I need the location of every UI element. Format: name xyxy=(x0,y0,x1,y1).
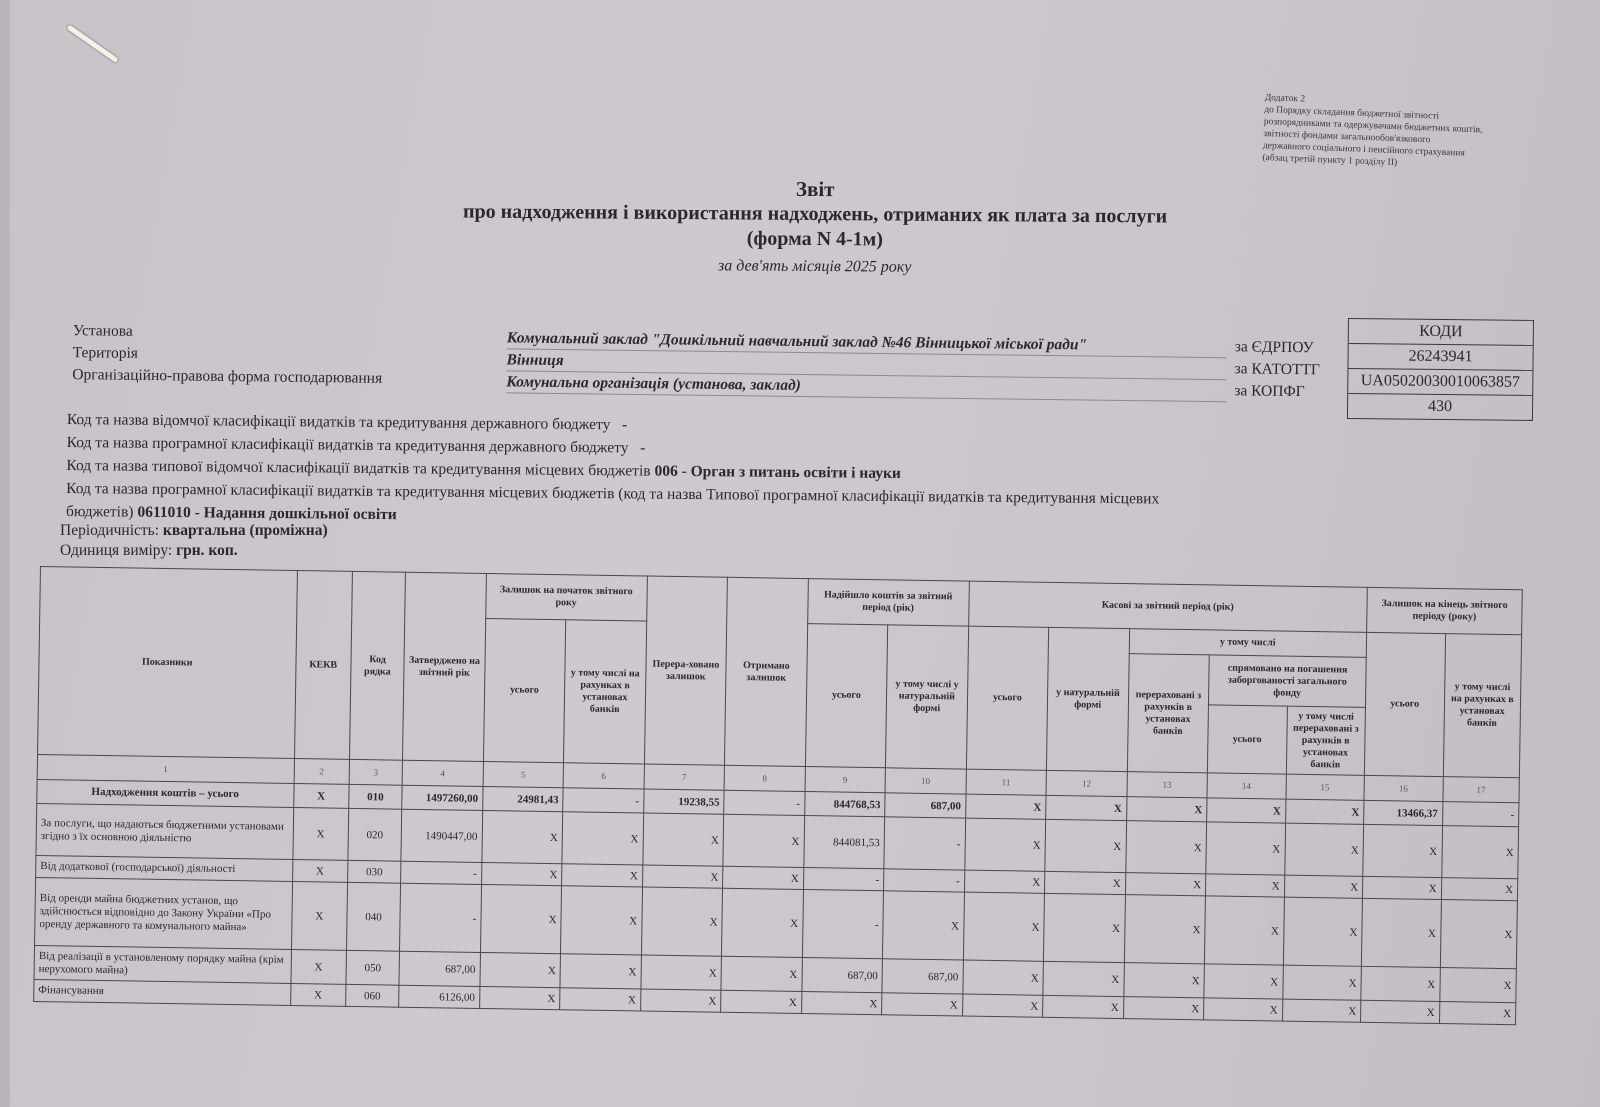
edrpou-code: 26243941 xyxy=(1348,344,1532,371)
table-cell: X xyxy=(1361,898,1441,967)
header-incl-in-kind: у тому числі у натуральній формі xyxy=(886,625,969,769)
table-cell: 687,00 xyxy=(399,951,480,986)
column-number: 11 xyxy=(966,769,1047,795)
table-cell: 687,00 xyxy=(882,959,963,994)
edrpou-label: за ЄДРПОУ xyxy=(1235,338,1314,357)
table-cell: 6126,00 xyxy=(399,985,480,1008)
column-number: 12 xyxy=(1046,770,1127,796)
table-cell: - xyxy=(563,788,644,813)
table-cell: X xyxy=(480,884,562,953)
table-cell: X xyxy=(882,993,963,1016)
header-debt-repayment: спрямовано на погашення заборгованості з… xyxy=(1209,655,1367,707)
table-cell: X xyxy=(562,864,643,887)
column-number: 9 xyxy=(805,767,886,793)
report-title: Звіт про надходження і використання надх… xyxy=(400,173,1231,279)
header-including: у тому числі xyxy=(1129,629,1367,658)
table-cell: X xyxy=(1204,896,1284,965)
institution-info: Установа Комунальний заклад "Дошкільний … xyxy=(64,322,1565,406)
table-cell: X xyxy=(883,891,965,960)
table-cell: X xyxy=(1125,821,1206,874)
table-cell: X xyxy=(1282,999,1361,1022)
table-cell: 844081,53 xyxy=(803,816,884,869)
institution-label: Установа xyxy=(73,322,133,341)
periodicity-block: Періодичність: квартальна (проміжна) Оди… xyxy=(60,521,328,561)
unit-label: Одиниця виміру: xyxy=(60,542,172,559)
table-cell: X xyxy=(1283,897,1363,966)
row-label: За послуги, що надаються бюджетними уста… xyxy=(36,803,293,859)
table-cell: X xyxy=(722,888,804,957)
table-cell: X xyxy=(801,992,882,1015)
header-total: усього xyxy=(1207,705,1287,774)
table-cell: 040 xyxy=(346,882,400,951)
table-cell: X xyxy=(962,994,1043,1017)
row-label: Від реалізації в установленому порядку м… xyxy=(34,945,291,983)
table-cell: 030 xyxy=(347,860,401,883)
row-label: Фінансування xyxy=(34,979,291,1005)
unit-value: грн. коп. xyxy=(176,542,238,559)
table-cell: X xyxy=(1206,822,1285,875)
column-number: 4 xyxy=(402,760,483,786)
table-cell: X xyxy=(1045,871,1126,894)
table-cell: - xyxy=(1442,802,1519,827)
header-balance-end: Залишок на кінець звітного періоду (року… xyxy=(1367,587,1523,634)
table-cell: X xyxy=(1285,799,1364,824)
table-cell: X xyxy=(1046,795,1127,820)
header-incl-bank: у тому числі на рахунках в установах бан… xyxy=(564,620,647,764)
header-approved: Затверджено на звітний рік xyxy=(403,572,486,761)
header-received-balance: Отримано залишок xyxy=(725,577,808,766)
table-cell: X xyxy=(1207,798,1286,823)
table-cell: X xyxy=(562,812,643,865)
table-cell: X xyxy=(292,860,348,883)
table-cell: X xyxy=(721,956,802,991)
table-cell: X xyxy=(1441,878,1518,901)
table-cell: X xyxy=(291,881,347,950)
table-cell: X xyxy=(1124,895,1206,964)
table-cell: X xyxy=(964,870,1045,893)
table-cell: 060 xyxy=(345,984,399,1007)
table-cell: X xyxy=(479,986,560,1009)
column-number: 14 xyxy=(1207,773,1286,799)
header-indicators: Показники xyxy=(38,567,297,759)
table-cell: 687,00 xyxy=(885,793,966,818)
column-number: 16 xyxy=(1364,775,1443,801)
territory-label: Територія xyxy=(73,344,139,363)
table-cell: 687,00 xyxy=(802,958,883,993)
column-number: 5 xyxy=(483,761,564,787)
table-cell: X xyxy=(643,813,724,866)
table-cell: X xyxy=(292,808,348,861)
table-cell: 19238,55 xyxy=(643,789,724,814)
table-cell: X xyxy=(560,988,641,1011)
header-incl-transferred: у тому числі перераховані з рахунків в у… xyxy=(1286,706,1366,775)
table-cell: - xyxy=(884,817,965,870)
table-cell: X xyxy=(1125,873,1206,896)
periodicity-label: Періодичність: xyxy=(60,522,159,539)
row-label: Від оренди майна бюджетних установ, що з… xyxy=(35,877,293,949)
table-cell: X xyxy=(721,990,802,1013)
header-in-kind: у натуральній формі xyxy=(1046,627,1129,771)
table-cell: X xyxy=(560,954,641,989)
table-cell: X xyxy=(1363,824,1442,877)
table-cell: X xyxy=(1284,823,1363,876)
katottg-label: за КАТОТТГ xyxy=(1234,360,1320,379)
header-row-code: Код рядка xyxy=(349,571,405,760)
table-cell: - xyxy=(884,869,965,892)
table-cell: - xyxy=(802,890,884,959)
table-cell: 13466,37 xyxy=(1364,800,1443,825)
table-cell: 020 xyxy=(348,808,402,861)
table-cell: X xyxy=(1440,900,1518,969)
table-cell: X xyxy=(482,810,563,863)
table-cell: 010 xyxy=(349,784,403,809)
table-cell: X xyxy=(641,955,722,990)
header-kekv: КЕКВ xyxy=(294,571,352,760)
table-cell: X xyxy=(1043,995,1124,1018)
table-cell: 1490447,00 xyxy=(401,809,482,862)
table-cell: - xyxy=(400,883,482,952)
table-cell: X xyxy=(293,784,349,809)
table-cell: X xyxy=(723,814,804,867)
table-cell: X xyxy=(1123,963,1204,998)
header-total: усього xyxy=(1364,632,1445,776)
table-cell: - xyxy=(803,868,884,891)
column-number: 2 xyxy=(294,759,350,785)
pen-mark xyxy=(67,24,119,63)
table-cell: X xyxy=(1206,874,1285,897)
header-balance-start: Залишок на початок звітного року xyxy=(485,574,647,622)
table-cell: X xyxy=(1282,965,1361,1000)
table-cell: X xyxy=(1204,998,1283,1021)
table-cell: X xyxy=(1043,961,1124,996)
header-cash-expenses: Касові за звітний період (рік) xyxy=(968,581,1367,632)
periodicity-value: квартальна (проміжна) xyxy=(163,522,328,539)
table-cell: X xyxy=(1204,964,1283,999)
table-cell: X xyxy=(1362,876,1441,899)
table-cell: X xyxy=(1045,819,1126,872)
codes-box: КОДИ 26243941 UA05020030010063857 430 xyxy=(1347,318,1534,421)
table-cell: X xyxy=(1123,997,1204,1020)
table-cell: X xyxy=(1439,968,1516,1003)
kopfg-label: за КОПФГ xyxy=(1234,382,1305,401)
codes-header: КОДИ xyxy=(1349,319,1533,346)
table-cell: X xyxy=(1441,826,1518,879)
header-transferred-from-bank: перераховані з рахунків в установах банк… xyxy=(1127,654,1209,773)
table-cell: X xyxy=(642,865,723,888)
appendix-note: Додаток 2 до Порядку складання бюджетної… xyxy=(1262,92,1483,172)
column-number: 10 xyxy=(885,768,966,794)
table-cell: 050 xyxy=(346,950,400,985)
table-cell: X xyxy=(1043,893,1125,962)
table-cell: X xyxy=(481,862,562,885)
table-cell: 844768,53 xyxy=(804,792,885,817)
table-cell: X xyxy=(964,818,1045,871)
table-cell: X xyxy=(1126,797,1207,822)
kopfg-code: 430 xyxy=(1348,394,1532,420)
column-number: 3 xyxy=(349,759,403,785)
header-total: усього xyxy=(805,624,888,768)
column-number: 15 xyxy=(1286,774,1365,800)
table-cell: X xyxy=(1361,966,1440,1001)
column-number: 6 xyxy=(563,763,644,789)
column-number: 7 xyxy=(644,764,725,790)
table-cell: X xyxy=(1284,875,1363,898)
table-cell: X xyxy=(640,989,721,1012)
table-cell: X xyxy=(962,960,1043,995)
table-cell: X xyxy=(480,952,561,987)
header-total: усього xyxy=(483,619,566,763)
header-received-funds: Надійшло коштів за звітний період (рік) xyxy=(807,579,969,627)
report-period: за дев'ять місяців 2025 року xyxy=(400,255,1230,279)
katottg-code: UA05020030010063857 xyxy=(1348,369,1532,396)
table-cell: X xyxy=(963,892,1045,961)
table-cell: X xyxy=(291,949,347,984)
table-cell: X xyxy=(1439,1002,1516,1025)
table-cell: X xyxy=(290,983,346,1006)
table-cell: - xyxy=(401,861,482,884)
column-number: 8 xyxy=(724,765,805,791)
table-cell: X xyxy=(965,794,1046,819)
header-total: усього xyxy=(966,626,1049,770)
classification-block: Код та назва відомчої класифікації видат… xyxy=(66,408,1167,534)
table-cell: - xyxy=(724,790,805,815)
header-transferred-balance: Перера-ховано залишок xyxy=(644,576,727,765)
table-cell: 1497260,00 xyxy=(402,785,483,810)
legal-form-label: Організаційно-правова форма господарюван… xyxy=(72,366,382,388)
table-cell: X xyxy=(723,866,804,889)
column-number: 17 xyxy=(1442,777,1519,803)
report-table: Показники КЕКВ Код рядка Затверджено на … xyxy=(33,566,1523,1025)
table-cell: X xyxy=(1361,1000,1440,1023)
header-incl-bank: у тому числі на рахунках в установах бан… xyxy=(1443,634,1522,778)
column-number: 13 xyxy=(1127,772,1208,798)
table-cell: X xyxy=(641,887,723,956)
table-cell: X xyxy=(561,886,643,955)
table-cell: 24981,43 xyxy=(482,786,563,811)
